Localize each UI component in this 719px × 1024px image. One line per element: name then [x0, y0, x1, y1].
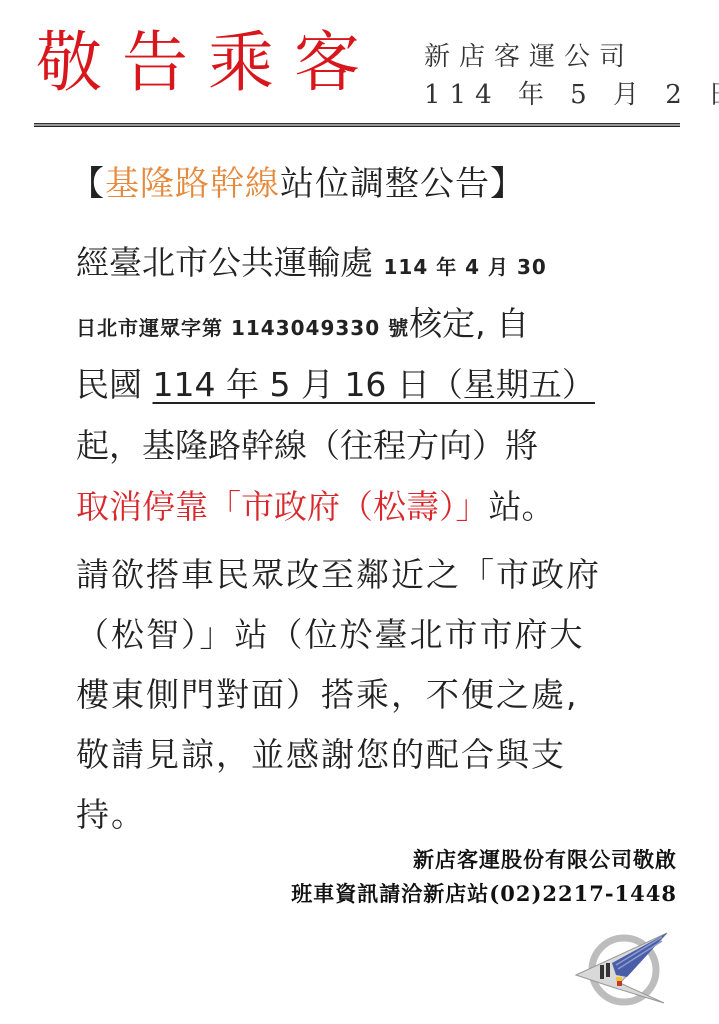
para-line: 請欲搭車民眾改至鄰近之「市政府	[76, 545, 686, 605]
company-logo-icon	[572, 925, 682, 1010]
bracket-close: 】	[490, 164, 525, 204]
signature: 新店客運股份有限公司敬啟	[291, 843, 677, 877]
document-number: 日北市運眾字第 1143049330 號	[76, 316, 409, 340]
text: 經臺北市公共運輸處	[76, 243, 384, 282]
text: 核定, 自	[409, 304, 529, 343]
issue-date: 114 年 5 月 2 日	[424, 76, 719, 114]
para-line: （松智）」站（位於臺北市市府大	[76, 605, 686, 665]
body-line-4: 起，基隆路幹線（往程方向）將	[76, 415, 686, 476]
para-line: 持。	[76, 785, 686, 845]
footer: 新店客運股份有限公司敬啟 班車資訊請洽新店站(02)2217-1448	[291, 843, 677, 911]
para-line: 敬請見諒，並感謝您的配合與支	[76, 725, 686, 785]
body-line-2: 日北市運眾字第 1143049330 號核定, 自	[76, 293, 686, 354]
text: 站。	[489, 487, 555, 526]
para-line: 樓東側門對面）搭乘，不便之處,	[76, 665, 686, 725]
approval-date: 114 年 4 月 30	[384, 255, 547, 279]
body-line-3: 民國 114 年 5 月 16 日（星期五）	[76, 354, 686, 415]
effective-date: 114 年 5 月 16 日（星期五）	[153, 365, 595, 404]
route-name: 基隆路幹線	[105, 164, 280, 204]
notice-title: 【基隆路幹線站位調整公告】	[70, 156, 525, 205]
text: 民國	[76, 365, 153, 404]
contact-info: 班車資訊請洽新店站(02)2217-1448	[291, 877, 677, 911]
body-line-1: 經臺北市公共運輸處 114 年 4 月 30	[76, 232, 686, 293]
header-meta: 新店客運公司 114 年 5 月 2 日	[424, 38, 719, 114]
bracket-open: 【	[70, 164, 105, 204]
header-divider	[34, 123, 680, 127]
company-name: 新店客運公司	[424, 38, 719, 76]
page-title: 敬告乘客	[36, 30, 380, 96]
notice-title-rest: 站位調整公告	[280, 164, 490, 204]
alternative-stop-paragraph: 請欲搭車民眾改至鄰近之「市政府 （松智）」站（位於臺北市市府大 樓東側門對面）搭…	[76, 545, 686, 845]
cancelled-stop: 取消停靠「市政府（松壽）」	[76, 487, 489, 526]
body-line-5: 取消停靠「市政府（松壽）」站。	[76, 476, 686, 537]
notice-body: 經臺北市公共運輸處 114 年 4 月 30 日北市運眾字第 114304933…	[76, 232, 686, 537]
